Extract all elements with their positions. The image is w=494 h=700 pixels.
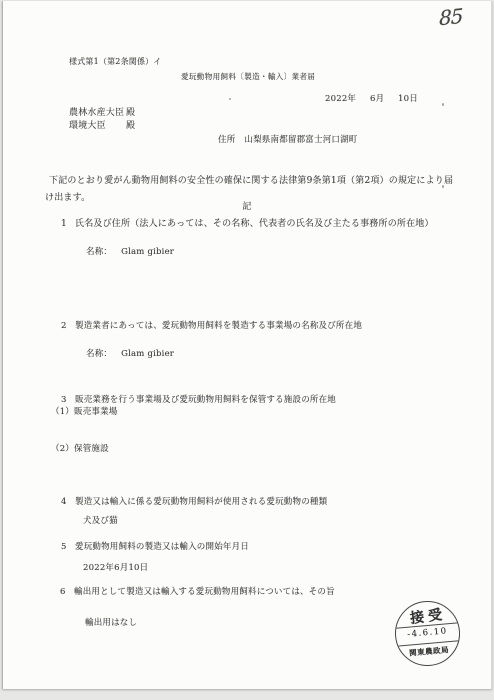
scan-speck (442, 103, 444, 106)
date-month: 6月 (370, 95, 384, 105)
item-5-heading: 5 愛玩動物用飼料の製造又は輸入の開始年月日 (61, 543, 249, 553)
item-4-value: 犬及び猫 (83, 517, 118, 527)
item-3-sub-2: （2）保管施設 (51, 445, 109, 455)
form-title: 愛玩動物用飼料〔製造・輸入〕業者届 (181, 73, 315, 82)
scan-speck (442, 185, 444, 188)
item-text: 愛玩動物用飼料の製造又は輸入の開始年月日 (75, 543, 249, 553)
item-text: 販売業務を行う事業場及び愛玩動物用飼料を保管する施設の所在地 (75, 396, 336, 406)
item-1-heading: 1 氏名及び住所（法人にあっては、その名称、代表者の氏名及び主たる事務所の所在地… (61, 219, 434, 229)
item-2-heading: 2 製造業者にあっては、愛玩動物用飼料を製造する事業場の名称及び所在地 (61, 322, 362, 332)
field-value: Glam gibier (121, 247, 174, 257)
addressee-environment-minister: 環境大臣 殿 (69, 121, 135, 131)
scan-speck (229, 98, 231, 100)
item-text: 輸出用として製造又は輸入する愛玩動物用飼料については、その旨 (74, 588, 335, 598)
item-number: 4 (61, 498, 75, 508)
address-value: 山梨県南都留郡富士河口湖町 (244, 135, 357, 145)
addressee-agriculture-minister: 農林水産大臣 殿 (69, 108, 135, 118)
item-5-value: 2022年6月10日 (83, 564, 148, 574)
record-marker: 記 (3, 202, 491, 212)
date-day: 10日 (398, 95, 418, 105)
item-1-name-field: 名称：Glam gibier (86, 248, 174, 258)
item-number: 1 (61, 219, 75, 229)
field-label: 名称： (86, 247, 112, 257)
address-label: 住所 (218, 135, 235, 145)
scanned-form-page: 85 様式第1（第2条関係）イ 愛玩動物用飼料〔製造・輸入〕業者届 2022年 … (2, 1, 492, 689)
item-number: 6 (60, 588, 74, 598)
item-text: 製造業者にあっては、愛玩動物用飼料を製造する事業場の名称及び所在地 (75, 322, 362, 332)
submission-date: 2022年 6月 10日 (325, 95, 435, 107)
form-code: 様式第1（第2条関係）イ (69, 57, 162, 66)
item-number: 2 (61, 322, 75, 332)
item-6-heading: 6 輸出用として製造又は輸入する愛玩動物用飼料については、その旨 (60, 588, 335, 598)
handwritten-page-number: 85 (439, 4, 462, 31)
item-text: 製造又は輸入に係る愛玩動物用飼料が使用される愛玩動物の種類 (75, 498, 327, 508)
addressee-name: 環境大臣 (69, 121, 126, 131)
item-number: 3 (61, 396, 75, 406)
addressee-name: 農林水産大臣 (69, 108, 126, 118)
receipt-stamp: 接受 -4.6.10 関東農政局 (392, 598, 462, 668)
item-3-sub-1: （1）販売事業場 (51, 408, 118, 418)
item-4-heading: 4 製造又は輸入に係る愛玩動物用飼料が使用される愛玩動物の種類 (61, 498, 327, 508)
item-6-value: 輸出用はなし (85, 619, 137, 629)
addressee-honorific: 殿 (126, 108, 135, 118)
applicant-address-line: 住所山梨県南都留郡富士河口湖町 (218, 136, 358, 146)
field-value: Glam gibier (121, 349, 174, 359)
preamble-line-1: 下記のとおり愛がん動物用飼料の安全性の確保に関する法律第9条第1項（第2項）の規… (49, 176, 453, 186)
date-year: 2022年 (325, 95, 356, 105)
addressee-honorific: 殿 (126, 121, 135, 131)
item-number: 5 (61, 543, 75, 553)
field-label: 名称： (86, 349, 112, 359)
item-3-heading: 3 販売業務を行う事業場及び愛玩動物用飼料を保管する施設の所在地 (61, 396, 336, 406)
item-text: 氏名及び住所（法人にあっては、その名称、代表者の氏名及び主たる事務所の所在地） (75, 219, 434, 229)
item-2-name-field: 名称：Glam gibier (86, 350, 174, 360)
stamp-circle-icon: 接受 -4.6.10 関東農政局 (392, 598, 462, 668)
